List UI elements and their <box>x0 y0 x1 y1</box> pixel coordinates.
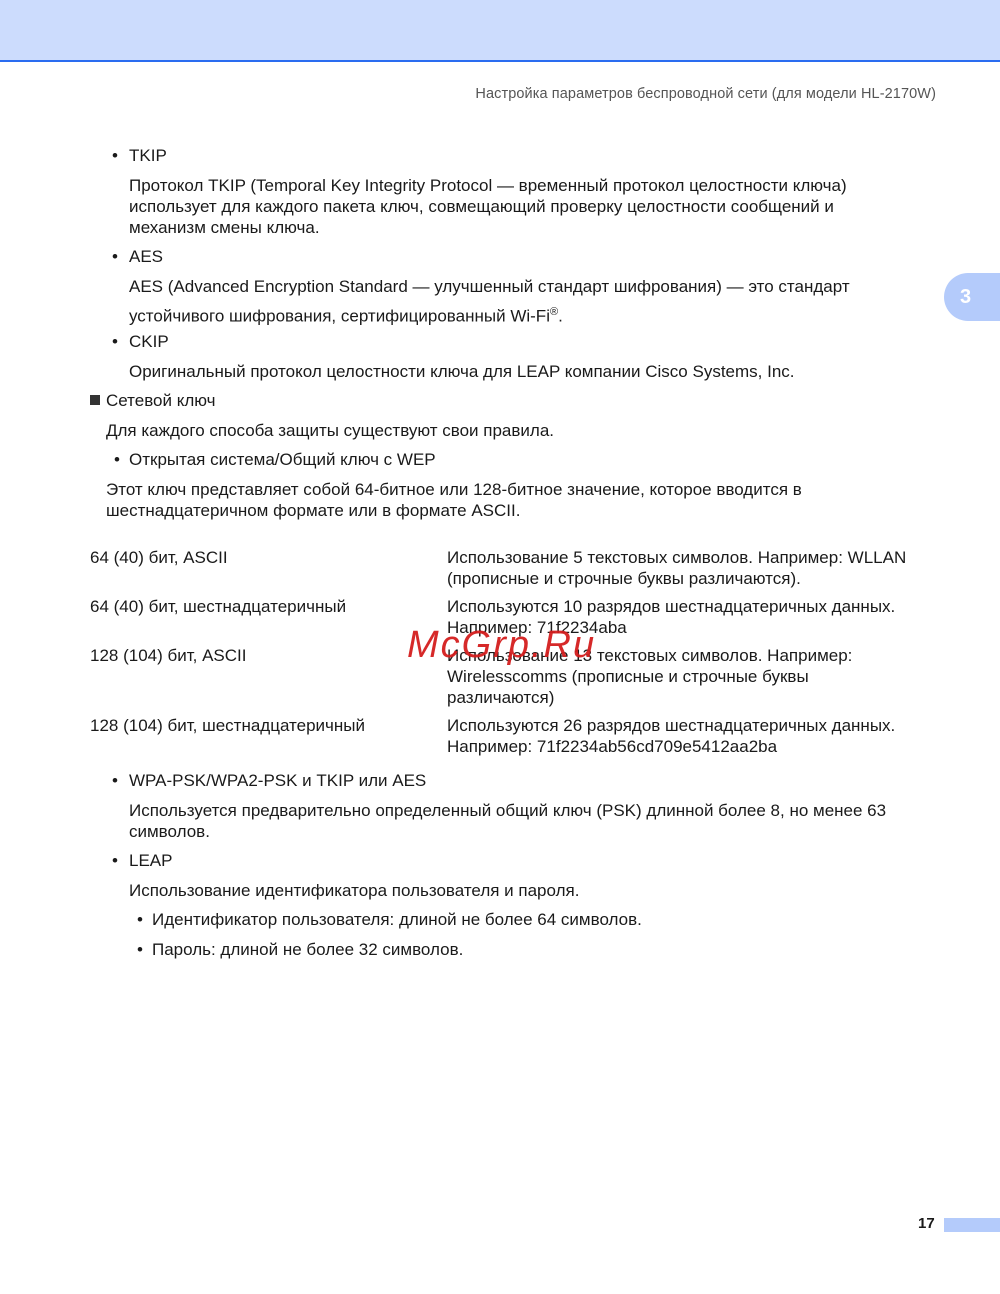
item-title-ckip: CKIP <box>129 331 169 352</box>
tkip-desc-line: Протокол TKIP (Temporal Key Integrity Pr… <box>129 175 847 196</box>
leap-item: Пароль: длиной не более 32 символов. <box>152 939 463 960</box>
aes-desc-line: AES (Advanced Encryption Standard — улуч… <box>129 276 850 297</box>
square-bullet-icon <box>90 395 100 405</box>
wep-desc-line: Этот ключ представляет собой 64-битное и… <box>106 479 802 500</box>
page-number: 17 <box>918 1215 935 1232</box>
table-key: 64 (40) бит, ASCII <box>90 547 228 568</box>
chapter-tab: 3 <box>944 273 1000 321</box>
item-title-aes: AES <box>129 246 163 267</box>
wep-desc-line: шестнадцатеричном формате или в формате … <box>106 500 520 521</box>
table-key: 64 (40) бит, шестнадцатеричный <box>90 596 346 617</box>
ckip-desc-line: Оригинальный протокол целостности ключа … <box>129 361 795 382</box>
bullet-icon: • <box>112 770 118 791</box>
table-desc: Wirelesscomms (прописные и строчные букв… <box>447 666 809 687</box>
aes-desc-text: устойчивого шифрования, сертифицированны… <box>129 307 550 326</box>
leap-desc: Использование идентификатора пользовател… <box>129 880 579 901</box>
period: . <box>558 307 563 326</box>
page-bar <box>944 1218 1000 1232</box>
wpa-title: WPA-PSK/WPA2-PSK и TKIP или AES <box>129 770 426 791</box>
chapter-number: 3 <box>960 286 971 309</box>
table-key: 128 (104) бит, ASCII <box>90 645 246 666</box>
bullet-icon: • <box>137 939 143 960</box>
bullet-icon: • <box>112 246 118 267</box>
network-key-intro: Для каждого способа защиты существуют св… <box>106 420 554 441</box>
leap-title: LEAP <box>129 850 172 871</box>
aes-desc-line: устойчивого шифрования, сертифицированны… <box>129 302 563 327</box>
header-band <box>0 0 1000 62</box>
section-heading-network-key: Сетевой ключ <box>106 390 216 411</box>
bullet-icon: • <box>114 449 120 470</box>
bullet-icon: • <box>112 145 118 166</box>
bullet-icon: • <box>112 850 118 871</box>
running-header: Настройка параметров беспроводной сети (… <box>475 86 936 102</box>
table-desc: Используются 26 разрядов шестнадцатеричн… <box>447 715 895 736</box>
wpa-desc-line: Используется предварительно определенный… <box>129 800 886 821</box>
tkip-desc-line: использует для каждого пакета ключ, совм… <box>129 196 834 217</box>
table-desc: различаются) <box>447 687 554 708</box>
table-desc: Например: 71f2234ab56cd709e5412aa2ba <box>447 736 777 757</box>
bullet-icon: • <box>112 331 118 352</box>
tkip-desc-line: механизм смены ключа. <box>129 217 320 238</box>
table-desc: (прописные и строчные буквы различаются)… <box>447 568 801 589</box>
table-desc: Используются 10 разрядов шестнадцатеричн… <box>447 596 895 617</box>
leap-item: Идентификатор пользователя: длиной не бо… <box>152 909 642 930</box>
item-title-tkip: TKIP <box>129 145 167 166</box>
wep-title: Открытая система/Общий ключ с WEP <box>129 449 436 470</box>
watermark: McGrp.Ru <box>407 624 596 667</box>
wpa-desc-line: символов. <box>129 821 210 842</box>
bullet-icon: • <box>137 909 143 930</box>
registered-mark: ® <box>550 306 558 318</box>
table-desc: Использование 5 текстовых символов. Напр… <box>447 547 906 568</box>
table-key: 128 (104) бит, шестнадцатеричный <box>90 715 365 736</box>
